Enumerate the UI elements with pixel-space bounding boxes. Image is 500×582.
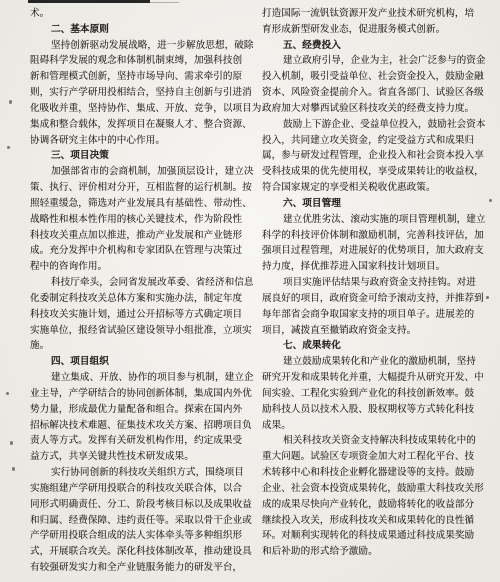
text-line: 投入，共同建立攻关资金，约定受益方式和成果归: [262, 133, 483, 149]
text-line: 建立集成、开放、协作的项目参与机制，建立企: [30, 370, 251, 386]
text-line: 属，参与研发过程管理，企业投入和社会资本投入享: [262, 148, 483, 164]
text-line: 科技攻关重点加以推进，推动产业发展和产业链形: [30, 228, 251, 244]
text-line: 实施组建产学研用投联合的科技攻关联合体，以合: [30, 481, 251, 497]
text-line: 科学的科技评价体制和激励机制，完善科技评估，加: [262, 228, 483, 244]
text-line: 实施单位，报经省试验区建设领导小组批准，立项实: [30, 323, 251, 339]
right-text-column: 打造国际一流钒钛资源开发产业技术研究机构，培育形成新型研发业态，促进服务模式创新…: [262, 6, 483, 560]
text-line: 责人等方式。发挥有关研发机构作用，约定成果受: [30, 433, 251, 449]
text-line: 业主导，产学研结合的协同创新体制，集成国内外优: [30, 386, 251, 402]
text-line: 建立优胜劣汰、滚动实施的项目管理机制，建立: [262, 212, 483, 228]
cropped-rule-artifact: [28, 0, 150, 3]
text-line: 新和管理模式创新，坚持市场导向、需求牵引的原: [30, 69, 251, 85]
scan-speck: [489, 199, 492, 202]
scan-speck: [486, 296, 489, 299]
section-heading: 五、经费投入: [262, 38, 483, 54]
text-line: 建立鼓励成果转化和产业化的激励机制，坚持: [262, 354, 483, 370]
text-line: 化吸收并重，坚持协作、集成、开放、竞争，以项目为: [30, 101, 251, 117]
text-line: 每年部省会商争取国家支持的项目单子。进展差的: [262, 307, 483, 323]
text-line: 鼓励上下游企业、受益单位投入，鼓励社会资本: [262, 117, 483, 133]
text-line: 科技攻关实施计划，通过公开招标等方式确定项目: [30, 307, 251, 323]
text-line: 强项目过程管理，对进展好的优势项目，加大政府支: [262, 243, 483, 259]
text-line: 式，开展联合攻关。深化科技体制改革，推动建设具: [30, 544, 251, 560]
text-line: 符合国家规定的享受相关税收优惠政策。: [262, 180, 483, 196]
scanned-document-page: 术。二、基本原则坚持创新驱动发展战略，进一步解放思想，破除阻碍科学发展的观念和体…: [0, 0, 500, 582]
text-line: 受科技成果的优先使用权，享受成果转让的收益权，: [262, 164, 483, 180]
text-line: 建立政府引导，企业为主，社会广泛参与的资金: [262, 53, 483, 69]
text-line: 则，实行产学研用投相结合，坚持自主创新与引进消: [30, 85, 251, 101]
text-line: 项目，减拨直至撤销政府资金支持。: [262, 323, 483, 339]
text-line: 环。对顺利实现转化的科技成果通过科技成果奖励: [262, 528, 483, 544]
text-line: 资本、风险资金提前介入。省直各部门、试验区各级: [262, 85, 483, 101]
text-line: 术转移中心和科技企业孵化器建设等的支持。鼓励: [262, 465, 483, 481]
text-line: 投入机制，吸引受益单位、社会资金投入，鼓励金融: [262, 69, 483, 85]
text-line: 产学研用投联合组成的法人实体牵头等多种组织形: [30, 528, 251, 544]
text-line: 益方式，共享关键共性技术研发成果。: [30, 449, 251, 465]
scan-speck: [6, 392, 9, 395]
text-line: 战略性和根本性作用的核心关键技术，作为阶段性: [30, 212, 251, 228]
text-line: 和归属、经费保障、违约责任等。采取以骨干企业或: [30, 513, 251, 529]
text-line: 成果。: [262, 418, 483, 434]
text-line: 成。充分发挥中介机构和专家团队在管理与决策过: [30, 243, 251, 259]
text-line: 展良好的项目，政府资金可给予滚动支持，并推荐到: [262, 291, 483, 307]
scan-speck: [12, 467, 15, 471]
text-line: 协调各研究主体中的中心作用。: [30, 133, 251, 149]
text-line: 策、执行、评价相对分开，互相监督的运行机制。按: [30, 180, 251, 196]
text-line: 程中的咨询作用。: [30, 259, 251, 275]
text-line: 化委制定科技攻关总体方案和实施办法，制定年度: [30, 291, 251, 307]
text-line: 照轻重缓急，筛选对产业发展具有基础性、带动性、: [30, 196, 251, 212]
text-line: 集成和整合载体，发挥项目在凝聚人才、整合资源、: [30, 117, 251, 133]
section-heading: 六、项目管理: [262, 196, 483, 212]
text-line: 阻碍科学发展的观念和体制机制束缚，加强科技创: [30, 53, 251, 69]
section-heading: 七、成果转化: [262, 338, 483, 354]
text-line: 招标解决技术难题、征集技术攻关方案、招聘项目负: [30, 418, 251, 434]
text-line: 持力度，择优推荐进入国家科技计划项目。: [262, 259, 483, 275]
text-line: 同形式明确责任、分工、阶段考核目标以及成果收益: [30, 497, 251, 513]
text-line: 势力量，形成最优力量配备和组合。探索在国内外: [30, 402, 251, 418]
section-heading: 二、基本原则: [30, 22, 251, 38]
text-line: 科技厅牵头，会同省发展改革委、省经济和信息: [30, 275, 251, 291]
text-line: 间实验、工程化实验到产业化的科技创新效率。鼓: [262, 386, 483, 402]
text-line: 相关科技攻关资金支持解决科技成果转化中的: [262, 433, 483, 449]
text-line: 企业、社会资本投资成果转化，鼓励重大科技攻关形: [262, 481, 483, 497]
text-line: 育形成新型研发业态，促进服务模式创新。: [262, 22, 483, 38]
text-line: 研究开发和成果转化并重，大幅提升从研究开发、中: [262, 370, 483, 386]
scan-speck: [10, 441, 13, 445]
text-line: 继续投入攻关，形成科技攻关和成果转化的良性循: [262, 513, 483, 529]
scan-speck: [9, 100, 12, 104]
text-line: 政府加大对攀西试验区科技攻关的经费支持力度。: [262, 101, 483, 117]
section-heading: 三、项目决策: [30, 148, 251, 164]
text-line: 重大问题。试验区专项资金加大对工程化平台、技: [262, 449, 483, 465]
text-line: 术。: [30, 6, 251, 22]
text-line: 成的成果尽快向产业转化，鼓励将转化的收益部分: [262, 497, 483, 513]
text-line: 施。: [30, 338, 251, 354]
text-line: 加强部省市的会商机制，加强顶层设计，建立决: [30, 164, 251, 180]
scan-speck: [7, 146, 10, 149]
left-text-column: 术。二、基本原则坚持创新驱动发展战略，进一步解放思想，破除阻碍科学发展的观念和体…: [30, 6, 251, 576]
text-line: 实行协同创新的科技攻关组织方式，围绕项目: [30, 465, 251, 481]
section-heading: 四、项目组织: [30, 354, 251, 370]
text-line: 和后补助的形式给予激励。: [262, 544, 483, 560]
text-line: 有较强研发实力和全产业链服务能力的研发平台，: [30, 560, 251, 576]
text-line: 励科技人员以技术入股、股权期权等方式转化科技: [262, 402, 483, 418]
text-line: 项目实施评估结果与政府资金支持挂钩。对进: [262, 275, 483, 291]
text-line: 坚持创新驱动发展战略，进一步解放思想，破除: [30, 38, 251, 54]
text-line: 打造国际一流钒钛资源开发产业技术研究机构，培: [262, 6, 483, 22]
